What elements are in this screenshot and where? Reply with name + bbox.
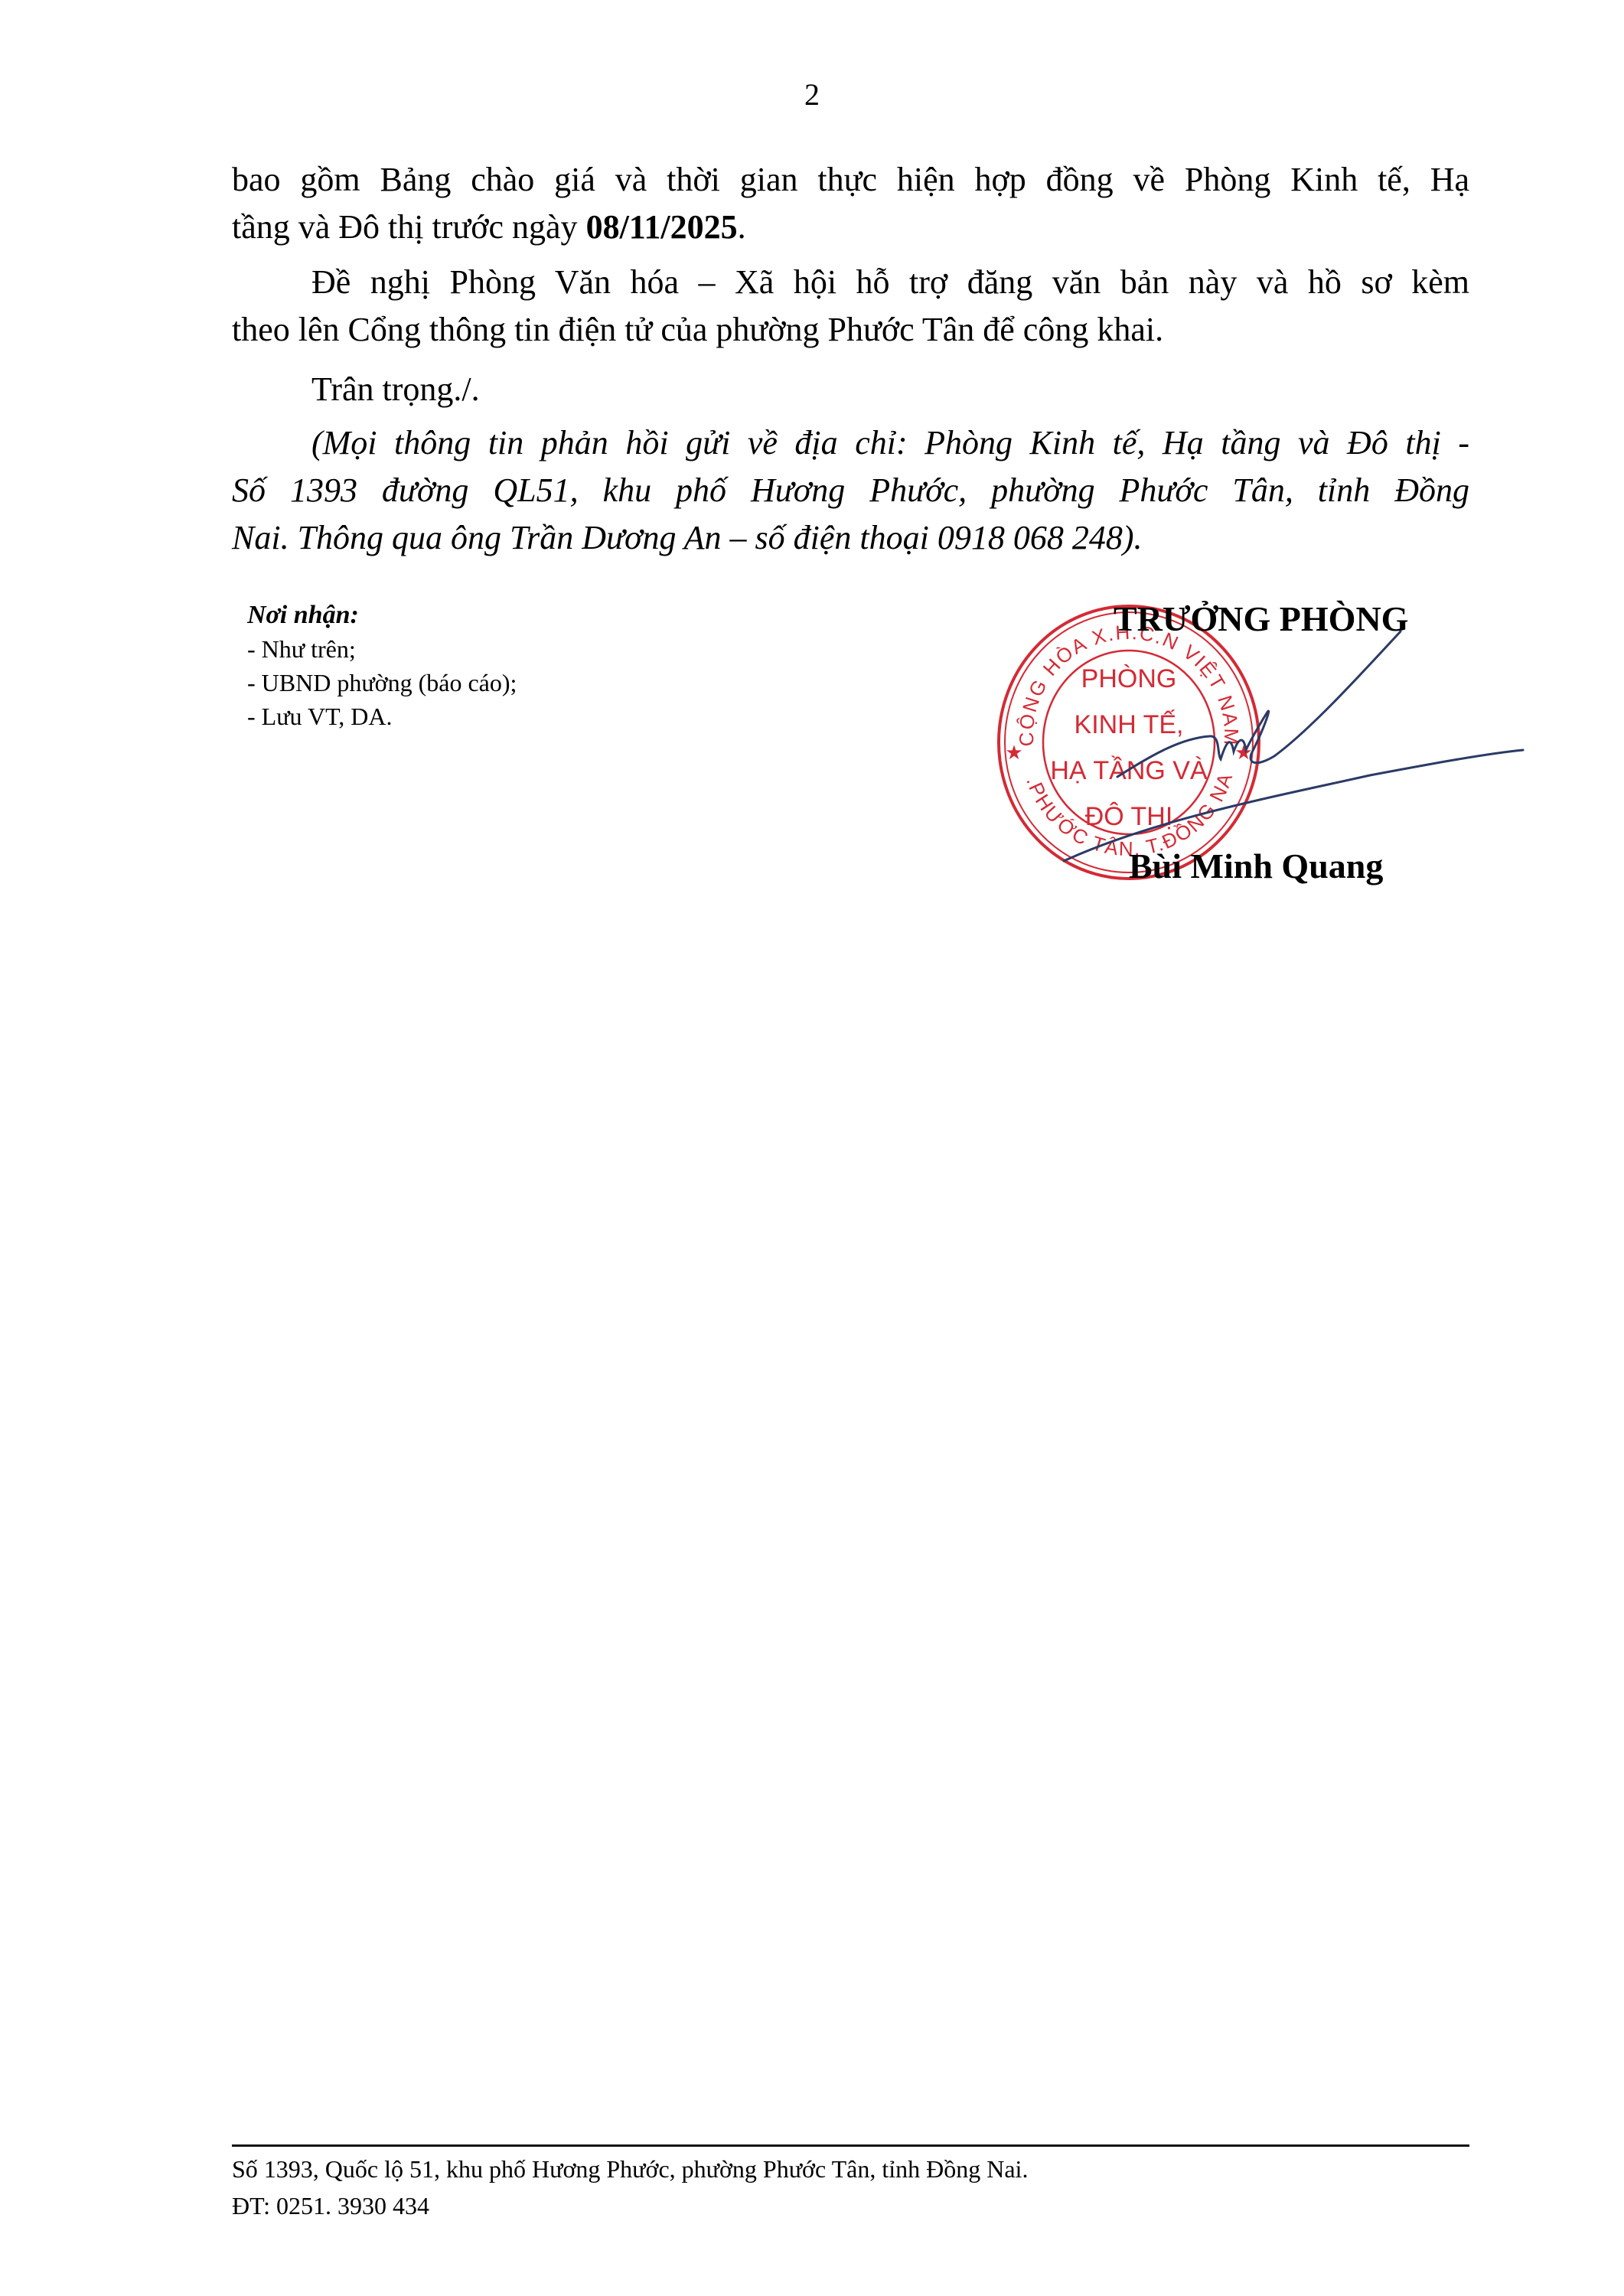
page-number: 2: [0, 77, 1624, 113]
text-line: tầng và Đô thị trước ngày 08/11/2025.: [232, 204, 1469, 251]
signature-block: CỘNG HÒA X.H.C.N VIỆT NAM P.PHƯỚC TÂN, T…: [987, 589, 1538, 903]
recipients-title: Nơi nhận:: [247, 598, 517, 632]
text-line: Nai. Thông qua ông Trần Dương An – số đi…: [232, 514, 1469, 562]
footer: Số 1393, Quốc lộ 51, khu phố Hương Phước…: [232, 2151, 1028, 2224]
footer-phone: ĐT: 0251. 3930 434: [232, 2187, 1028, 2224]
text-line: Đề nghị Phòng Văn hóa – Xã hội hỗ trợ đă…: [232, 259, 1469, 306]
paragraph-submission-deadline: bao gồm Bảng chào giá và thời gian thực …: [232, 156, 1469, 251]
text-line: theo lên Cổng thông tin điện tử của phườ…: [232, 306, 1469, 354]
text-line: bao gồm Bảng chào giá và thời gian thực …: [232, 156, 1469, 204]
text-line: Số 1393 đường QL51, khu phố Hương Phước,…: [232, 467, 1469, 514]
recipient-item: - Như trên;: [247, 632, 517, 666]
recipients-block: Nơi nhận: - Như trên; - UBND phường (báo…: [247, 598, 517, 733]
closing-salutation: Trân trọng./.: [232, 366, 1469, 413]
deadline-date: 08/11/2025: [586, 208, 738, 246]
recipient-item: - Lưu VT, DA.: [247, 700, 517, 733]
paragraph-publication-request: Đề nghị Phòng Văn hóa – Xã hội hỗ trợ đă…: [232, 259, 1469, 354]
paragraph-contact-info: (Mọi thông tin phản hồi gửi về địa chỉ: …: [232, 419, 1469, 562]
footer-address: Số 1393, Quốc lộ 51, khu phố Hương Phước…: [232, 2151, 1028, 2187]
handwritten-signature-icon: [987, 589, 1538, 903]
footer-divider: [232, 2144, 1469, 2147]
text-line: (Mọi thông tin phản hồi gửi về địa chỉ: …: [232, 419, 1469, 467]
recipient-item: - UBND phường (báo cáo);: [247, 666, 517, 700]
